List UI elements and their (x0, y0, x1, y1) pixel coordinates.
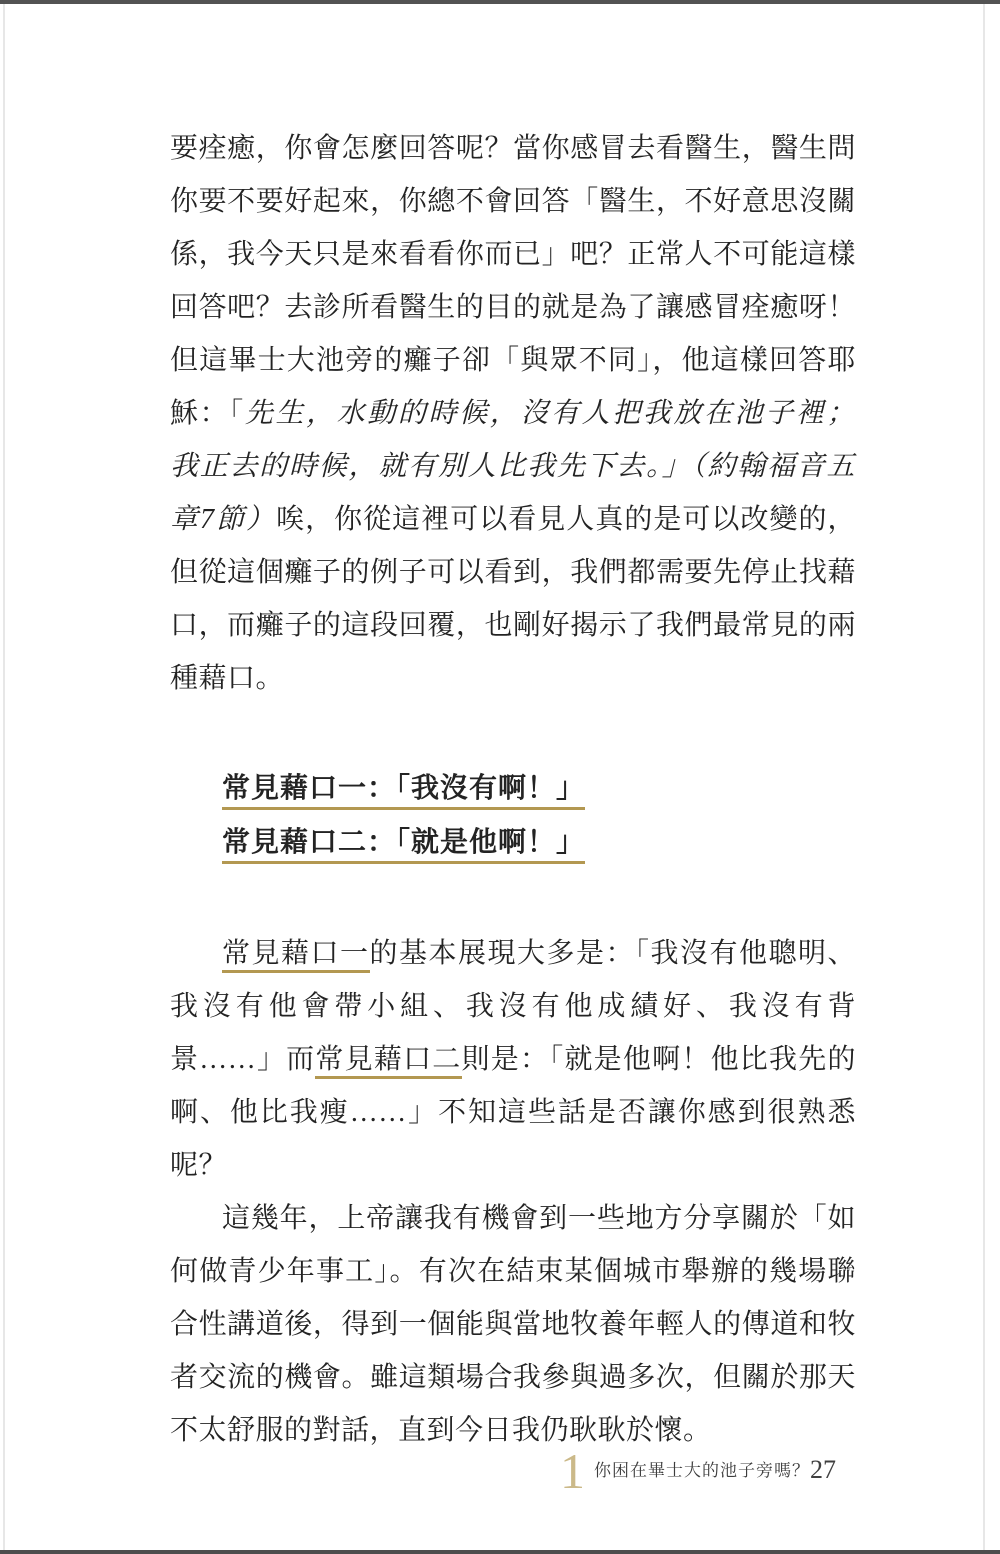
excuse-heading-line-1: 常見藉口一：「我沒有啊！」 (170, 773, 856, 810)
excuse-term-1: 常見藉口一 (222, 938, 370, 973)
paragraph-1-text-before-quote: 要痊癒，你會怎麼回答呢？當你感冒去看醫生，醫生問你要不要好起來，你總不會回答「醫… (170, 133, 856, 429)
body-text: 要痊癒，你會怎麼回答呢？當你感冒去看醫生，醫生問你要不要好起來，你總不會回答「醫… (170, 122, 856, 1457)
paragraph-3: 這幾年，上帝讓我有機會到一些地方分享關於「如何做青少年事工」。有次在結束某個城市… (170, 1192, 856, 1457)
left-edge-line (3, 4, 5, 1550)
top-edge-line (0, 0, 1000, 4)
page-number: 27 (810, 1457, 836, 1483)
chapter-title: 你困在畢士大的池子旁嗎？ (594, 1461, 810, 1481)
paragraph-1: 要痊癒，你會怎麼回答呢？當你感冒去看醫生，醫生問你要不要好起來，你總不會回答「醫… (170, 122, 856, 705)
excuse-heading-1: 常見藉口一：「我沒有啊！」 (222, 773, 585, 810)
excuse-term-2: 常見藉口二 (315, 1044, 461, 1079)
paragraph-2: 常見藉口一的基本展現大多是：「我沒有他聰明、我沒有他會帶小組、我沒有他成績好、我… (170, 927, 856, 1192)
excuse-heading-line-2: 常見藉口二：「就是他啊！」 (170, 810, 856, 864)
right-edge-line (983, 4, 985, 1550)
book-page: 要痊癒，你會怎麼回答呢？當你感冒去看醫生，醫生問你要不要好起來，你總不會回答「醫… (0, 0, 1000, 1554)
excuse-headings: 常見藉口一：「我沒有啊！」 常見藉口二：「就是他啊！」 (170, 773, 856, 864)
excuse-heading-2: 常見藉口二：「就是他啊！」 (222, 827, 585, 864)
bottom-edge-line (0, 1550, 1000, 1554)
chapter-number: 1 (560, 1446, 585, 1496)
